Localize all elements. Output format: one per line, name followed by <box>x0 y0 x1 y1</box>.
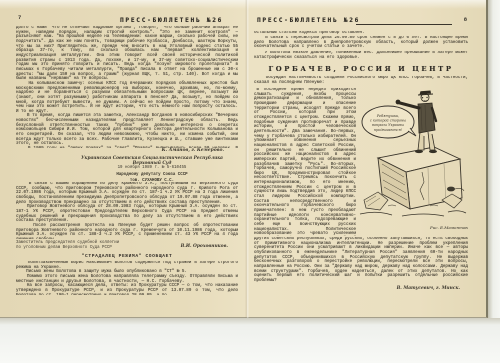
article-signature: К. Аманов, г. Кемерово. <box>162 148 224 153</box>
letterhead-addressee-role: Народному депутату Союза СССР <box>68 173 236 178</box>
page-right: ПРЕСС-БЮЛЛЕТЕНЬ №26 8 остальным статьям … <box>254 14 468 314</box>
court-letter-body: В связи с Вашим обращением по делу Крыжн… <box>16 182 238 239</box>
stradalets-body: Политзаключенный Борис Максимович Болото… <box>16 261 238 295</box>
page-number-left: 7 <box>18 14 21 21</box>
court-letterhead: Украинская Советская Социалистическая Ре… <box>68 156 236 184</box>
bubble-line-2: с которой стороны <box>370 119 406 123</box>
underlying-page-right-edge <box>488 0 500 318</box>
page-left-header: 7 ПРЕСС-БЮЛЛЕТЕНЬ №26 <box>16 14 238 25</box>
cartoon-illustration: Ребятушки, с которой стороны вопросы Укр… <box>358 88 468 236</box>
gorbachev-intro: Обсуждая настойчивость создания Российск… <box>254 76 468 87</box>
gorbachev-cartoon: Ребятушки, с которой стороны вопросы Укр… <box>358 88 468 236</box>
bolotov-paragraph-2: У Болотова низкое давление, пониженный в… <box>254 51 468 62</box>
bulletin-title-right: ПРЕСС-БЮЛЛЕТЕНЬ №26 <box>257 17 360 24</box>
page-left: 7 ПРЕСС-БЮЛЛЕТЕНЬ №26 долго с нами "что … <box>16 14 238 310</box>
gorbachev-column-text: "В последнее время нередко приходится сл… <box>254 88 356 236</box>
two-column-region: "В последнее время нередко приходится сл… <box>254 88 468 236</box>
paper-spread: 7 ПРЕСС-БЮЛЛЕТЕНЬ №26 долго с нами "что … <box>0 0 488 318</box>
page-right-header: ПРЕСС-БЮЛЛЕТЕНЬ №26 8 <box>254 14 468 27</box>
gorbachev-outro-text: других советских республиках, среди русс… <box>254 237 468 284</box>
letterhead-date: 19 ноября 1989 г. № 5-610455 <box>68 166 236 171</box>
underlying-page-bottom-edge <box>0 318 500 363</box>
officials-block: Заместитель председателя судебной коллег… <box>16 241 238 252</box>
section-heading-gorbachev: ГОРБАЧЕВ, РОССИЯ И ЦЕНТР <box>254 65 468 73</box>
author-signature: В. Матусевич, г. Минск. <box>397 286 460 291</box>
bubble-line-1: Ребятушки, <box>376 114 399 118</box>
header-rule <box>356 24 452 25</box>
bubble-line-3: вопросы Украины <box>372 123 404 127</box>
section-heading-stradalets: "СТРАДАЛЕЦ РЕЖИМА" СООБЩАЕТ <box>16 254 238 259</box>
official-signature: В.И. Ороховников. <box>181 245 228 250</box>
bulletin-title-left: ПРЕСС-БЮЛЛЕТЕНЬ №26 <box>120 17 223 24</box>
bubble-line-4: продвигаются! <box>374 128 403 132</box>
article-lead-text: долго с нами "что не отвечают кадровые о… <box>16 26 238 148</box>
bolotov-paragraph-1: В связи с пересмотром дела 26.09.89 срок… <box>254 36 468 51</box>
page-number-right: 8 <box>464 16 467 23</box>
center-fold <box>245 0 249 318</box>
cartoon-artist-caption: Рис. Е.Мамонтова <box>429 225 468 230</box>
scanned-bulletin-spread: 7 ПРЕСС-БЮЛЛЕТЕНЬ №26 долго с нами "что … <box>0 0 500 363</box>
